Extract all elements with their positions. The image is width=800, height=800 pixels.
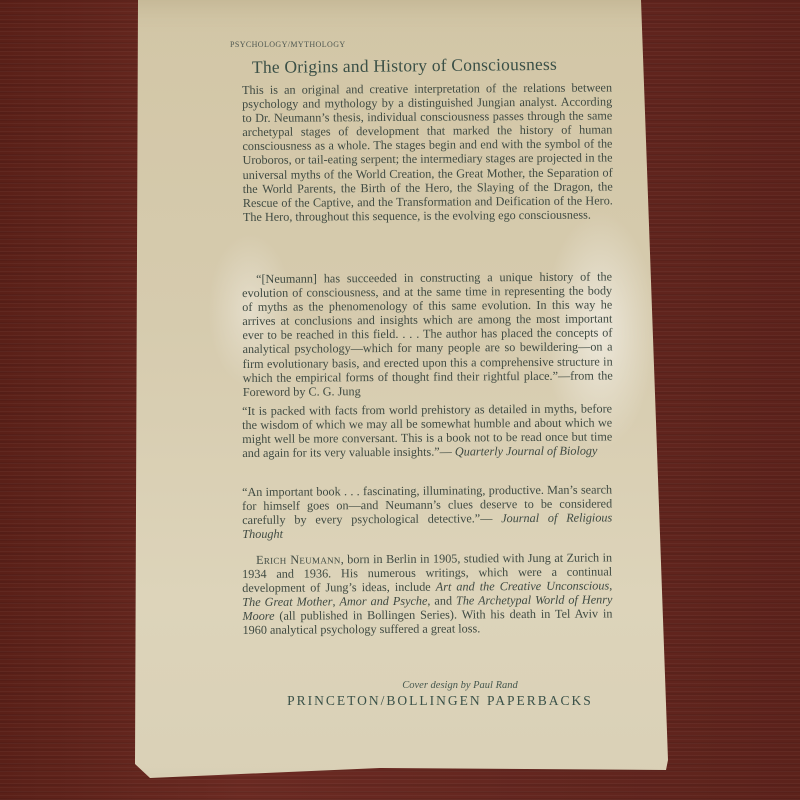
publisher-imprint: PRINCETON/BOLLINGEN PAPERBACKS (260, 693, 620, 709)
bio-text: (all published in Bollingen Series). Wit… (242, 607, 612, 638)
description-paragraph: This is an original and creative interpr… (242, 80, 613, 224)
quote-text: “[Neumann] has succeeded in constructing… (242, 269, 613, 398)
work-title: Art and the Creative Unconscious (436, 579, 610, 594)
work-title: Amor and Psyche (339, 594, 427, 609)
separator: , (609, 579, 612, 593)
biology-review-quote: “It is packed with facts from world preh… (242, 401, 612, 460)
book-title: The Origins and History of Consciousness (252, 53, 592, 78)
separator: , and (427, 594, 456, 608)
description-text: This is an original and creative interpr… (242, 80, 613, 224)
quote-source: Quarterly Journal of Biology (455, 444, 598, 459)
category-label: PSYCHOLOGY/MYTHOLOGY (230, 40, 346, 49)
cover-design-credit: Cover design by Paul Rand (320, 680, 600, 691)
religious-thought-review-quote: “An important book . . . fascinating, il… (242, 482, 612, 541)
jung-foreword-quote: “[Neumann] has succeeded in constructing… (242, 269, 613, 398)
work-title: The Great Mother (242, 595, 332, 610)
author-bio: Erich Neumann, born in Berlin in 1905, s… (242, 550, 613, 637)
author-name: Erich Neumann (256, 552, 341, 567)
